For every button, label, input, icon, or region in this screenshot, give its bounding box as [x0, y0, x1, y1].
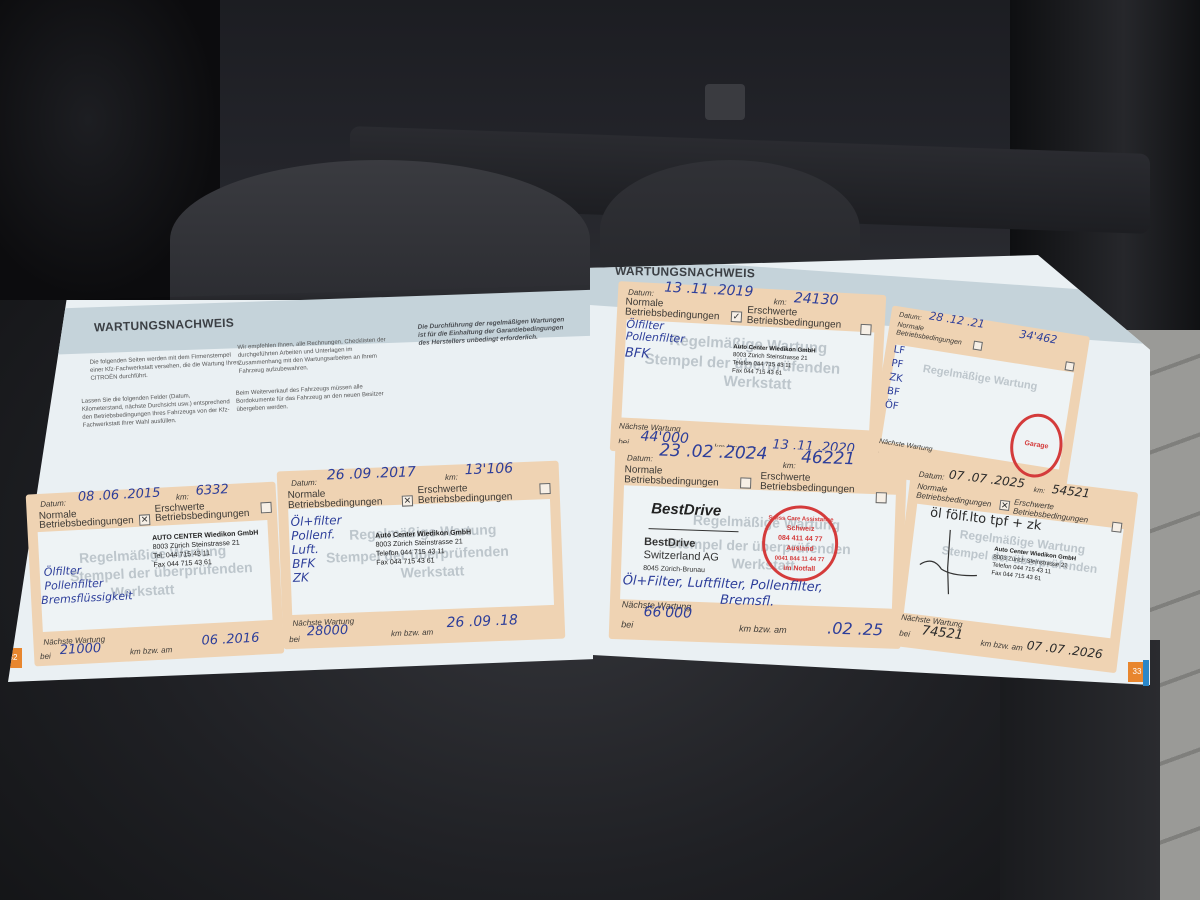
- entry-date: 08 .06 .2015: [77, 486, 160, 505]
- next-date: .02 .25: [827, 618, 884, 639]
- entry-date: 13 .11 .2019: [664, 280, 754, 301]
- km-label: km:: [783, 461, 796, 471]
- intro-col2-p2: Beim Weiterverkauf des Fahrzeugs müssen …: [235, 382, 386, 414]
- bei-label: bei: [899, 629, 911, 640]
- normal-checkbox[interactable]: ✕: [139, 514, 151, 526]
- note-line: Bremsfl.: [720, 593, 775, 610]
- difficult-checkbox[interactable]: [1111, 522, 1122, 533]
- workshop-stamp: Auto Center Wiedikon GmbH 8003 Zürich St…: [375, 528, 472, 568]
- service-booklet: WARTUNGSNACHWEIS Die folgenden Seiten we…: [0, 0, 1200, 900]
- entry-date: 26 .09 .2017: [327, 464, 417, 483]
- note-line: LF: [893, 344, 906, 357]
- entry-km: 13'106: [464, 460, 513, 478]
- service-entry-1: Datum: 08 .06 .2015 km: 6332 Normale Bet…: [26, 482, 285, 667]
- service-entry-3: Datum: 13 .11 .2019 km: 24130 Normale Be…: [610, 281, 887, 465]
- difficult-checkbox[interactable]: [876, 492, 887, 503]
- difficult-checkbox[interactable]: [1065, 361, 1075, 371]
- note-line: BFK: [292, 556, 316, 571]
- next-date: 07 .07 .2026: [1026, 638, 1103, 661]
- difficult-checkbox[interactable]: [260, 502, 272, 514]
- kmbzw-label: km bzw. am: [130, 645, 173, 657]
- workshop-stamp: AUTO CENTER Wiedikon GmbH 8003 Zürich St…: [152, 529, 260, 571]
- booklet-blue-edge: [1143, 660, 1149, 686]
- bestdrive-logo: BestDrive: [651, 500, 722, 519]
- service-entry-6: Datum: 07 .07 .2025 km: 54521 Normale Be…: [890, 465, 1138, 673]
- date-label: Datum:: [627, 453, 653, 464]
- entry-date: 23 .02 .2024: [659, 441, 768, 465]
- normal-checkbox[interactable]: [973, 341, 983, 351]
- date-label: Datum:: [291, 478, 317, 489]
- note-line: ÖF: [884, 399, 899, 412]
- swiss-care-stamp: Swiss Care Assistance Schweiz 084 411 44…: [761, 504, 840, 583]
- intro-col2-p1: Wir empfehlen Ihnen, alle Rechnungen, Ch…: [237, 336, 388, 376]
- kmbzw-label: km bzw. am: [739, 623, 787, 635]
- next-date: 26 .09 .18: [446, 612, 518, 631]
- note-line: Ölfilter: [43, 564, 81, 579]
- next-km: 21000: [59, 641, 101, 658]
- service-entry-2: Datum: 26 .09 .2017 km: 13'106 Normale B…: [277, 461, 566, 650]
- intro-col1-p2: Lassen Sie die folgenden Felder (Datum, …: [81, 390, 232, 430]
- kmbzw-label: km bzw. am: [980, 639, 1023, 654]
- entry-km: 6332: [195, 482, 229, 499]
- next-km: 28000: [307, 623, 349, 640]
- entry-km: 24130: [794, 290, 839, 308]
- intro-col1-p1: Die folgenden Seiten werden mit dem Firm…: [89, 351, 240, 383]
- normal-checkbox[interactable]: ✓: [731, 311, 743, 323]
- km-label: km:: [1033, 486, 1045, 497]
- right-page-title: WARTUNGSNACHWEIS: [615, 264, 755, 280]
- signature: [914, 525, 992, 603]
- bei-label: bei: [289, 635, 300, 645]
- entry-km: 46221: [801, 447, 856, 469]
- date-label: Datum:: [40, 499, 66, 510]
- next-km: 66'000: [643, 604, 692, 622]
- note-line: ZK: [888, 372, 903, 385]
- note-line: Pollenf.: [291, 527, 336, 543]
- note-line: BF: [886, 386, 900, 399]
- service-entry-5: Datum: 23 .02 .2024 km: 46221 Normale Be…: [609, 443, 908, 649]
- km-label: km:: [445, 473, 458, 483]
- difficult-checkbox[interactable]: [860, 324, 872, 336]
- normal-checkbox[interactable]: ✕: [999, 500, 1010, 511]
- entry-km: 34'462: [1019, 328, 1059, 347]
- normal-checkbox[interactable]: ✕: [402, 495, 413, 506]
- note-line: BFK: [624, 346, 650, 362]
- note-line: Luft.: [291, 542, 319, 557]
- bei-label: bei: [621, 619, 633, 629]
- note-line: PF: [891, 358, 904, 371]
- difficult-checkbox[interactable]: [539, 483, 550, 494]
- bestdrive-stamp: BestDrive Switzerland AG 8045 Zürich-Bru…: [643, 536, 720, 578]
- normal-checkbox[interactable]: [740, 477, 751, 488]
- next-date: 06 .2016: [201, 631, 260, 649]
- page-number-left: 32: [4, 648, 22, 668]
- kmbzw-label: km bzw. am: [391, 628, 434, 640]
- note-line: ZK: [293, 570, 310, 585]
- date-label: Datum:: [918, 470, 945, 483]
- bei-label: bei: [40, 652, 51, 663]
- workshop-stamp: Auto Center Wiedikon GmbH 8003 Zürich St…: [732, 343, 816, 379]
